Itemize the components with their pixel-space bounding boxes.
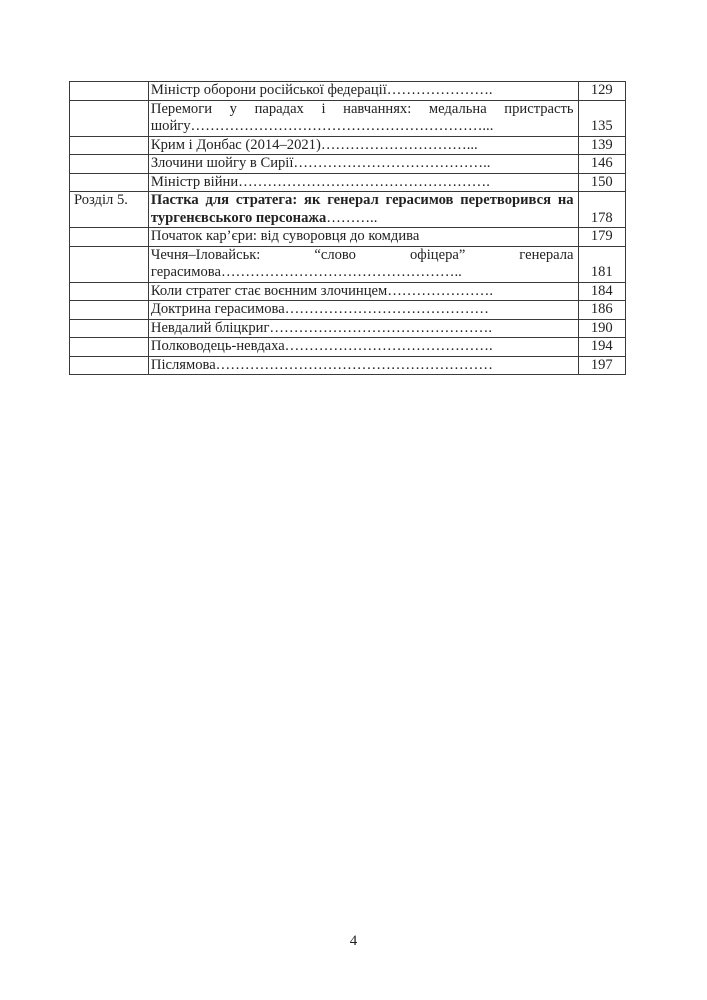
toc-row: Крим і Донбас (2014–2021)…………………………...13… (70, 136, 626, 155)
toc-page-number: 186 (578, 301, 625, 320)
toc-section-label (70, 82, 149, 101)
toc-entry-title: Міністр оборони російської федерації…………… (148, 82, 578, 101)
table-of-contents: Міністр оборони російської федерації…………… (69, 81, 626, 375)
toc-entry-text: Доктрина герасимова…………………………………… (151, 301, 574, 319)
toc-entry-title: Злочини шойгу в Сирії………………………………….. (148, 155, 578, 174)
toc-entry-title: Початок кар’єри: від суворовця до комдив… (148, 228, 578, 247)
toc-page-number: 179 (578, 228, 625, 247)
toc-entry-text: Полководець-невдаха……………………………………. (151, 338, 574, 356)
toc-row: Післямова…………………………………………………197 (70, 356, 626, 375)
toc-row: Міністр оборони російської федерації…………… (70, 82, 626, 101)
toc-section-label (70, 228, 149, 247)
toc-entry-title: Невдалий бліцкриг………………………………………. (148, 319, 578, 338)
toc-page-number: 181 (578, 246, 625, 282)
toc-section-label (70, 301, 149, 320)
toc-entry-title: Післямова………………………………………………… (148, 356, 578, 375)
toc-entry-text: Коли стратег стає воєнним злочинцем……………… (151, 283, 574, 301)
toc-entry-title: Перемоги у парадах і навчаннях: медальна… (148, 100, 578, 136)
toc-page-number: 146 (578, 155, 625, 174)
toc-entry-title: Полководець-невдаха……………………………………. (148, 338, 578, 357)
toc-row: Розділ 5.Пастка для стратега: як генерал… (70, 192, 626, 228)
toc-page-number: 135 (578, 100, 625, 136)
toc-entry-title: Чечня–Іловайськ: “слово офіцера” генерал… (148, 246, 578, 282)
toc-entry-text: Міністр оборони російської федерації…………… (151, 82, 574, 100)
toc-section-label (70, 100, 149, 136)
toc-row: Злочини шойгу в Сирії…………………………………..146 (70, 155, 626, 174)
toc-section-label (70, 282, 149, 301)
toc-entry-text: Чечня–Іловайськ: “слово офіцера” генерал… (151, 247, 574, 282)
toc-page-number: 129 (578, 82, 625, 101)
toc-page-number: 178 (578, 192, 625, 228)
toc-entry-text: Невдалий бліцкриг………………………………………. (151, 320, 574, 338)
toc-row: Доктрина герасимова……………………………………186 (70, 301, 626, 320)
toc-section-label (70, 155, 149, 174)
toc-page-number: 139 (578, 136, 625, 155)
toc-row: Перемоги у парадах і навчаннях: медальна… (70, 100, 626, 136)
toc-section-label (70, 319, 149, 338)
toc-entry-text: Перемоги у парадах і навчаннях: медальна… (151, 101, 574, 136)
toc-entry-title: Крим і Донбас (2014–2021)…………………………... (148, 136, 578, 155)
toc-entry-text: Міністр війни……………………………………………. (151, 174, 574, 192)
toc-dot-leader: ……….. (326, 210, 377, 226)
toc-page-number: 190 (578, 319, 625, 338)
toc-section-label (70, 136, 149, 155)
toc-row: Чечня–Іловайськ: “слово офіцера” генерал… (70, 246, 626, 282)
toc-row: Полководець-невдаха…………………………………….194 (70, 338, 626, 357)
toc-row: Коли стратег стає воєнним злочинцем……………… (70, 282, 626, 301)
page-number: 4 (0, 933, 707, 950)
toc-entry-title: Міністр війни……………………………………………. (148, 173, 578, 192)
toc-section-label (70, 338, 149, 357)
toc-entry-text: Початок кар’єри: від суворовця до комдив… (151, 228, 574, 246)
toc-entry-text: Крим і Донбас (2014–2021)…………………………... (151, 137, 574, 155)
toc-entry-text: Післямова………………………………………………… (151, 357, 574, 375)
toc-page-number: 197 (578, 356, 625, 375)
toc-entry-title: Доктрина герасимова…………………………………… (148, 301, 578, 320)
toc-entry-title: Коли стратег стає воєнним злочинцем……………… (148, 282, 578, 301)
toc-entry-text: Пастка для стратега: як генерал герасимо… (151, 192, 574, 227)
toc-section-label (70, 173, 149, 192)
toc-page-number: 184 (578, 282, 625, 301)
toc-row: Невдалий бліцкриг……………………………………….190 (70, 319, 626, 338)
toc-page-number: 194 (578, 338, 625, 357)
toc-row: Міністр війни…………………………………………….150 (70, 173, 626, 192)
toc-entry-title: Пастка для стратега: як генерал герасимо… (148, 192, 578, 228)
toc-section-label: Розділ 5. (70, 192, 149, 228)
toc-entry-text: Злочини шойгу в Сирії………………………………….. (151, 155, 574, 173)
toc-body: Міністр оборони російської федерації…………… (70, 82, 626, 375)
toc-section-label (70, 356, 149, 375)
toc-section-label (70, 246, 149, 282)
toc-row: Початок кар’єри: від суворовця до комдив… (70, 228, 626, 247)
toc-page-number: 150 (578, 173, 625, 192)
